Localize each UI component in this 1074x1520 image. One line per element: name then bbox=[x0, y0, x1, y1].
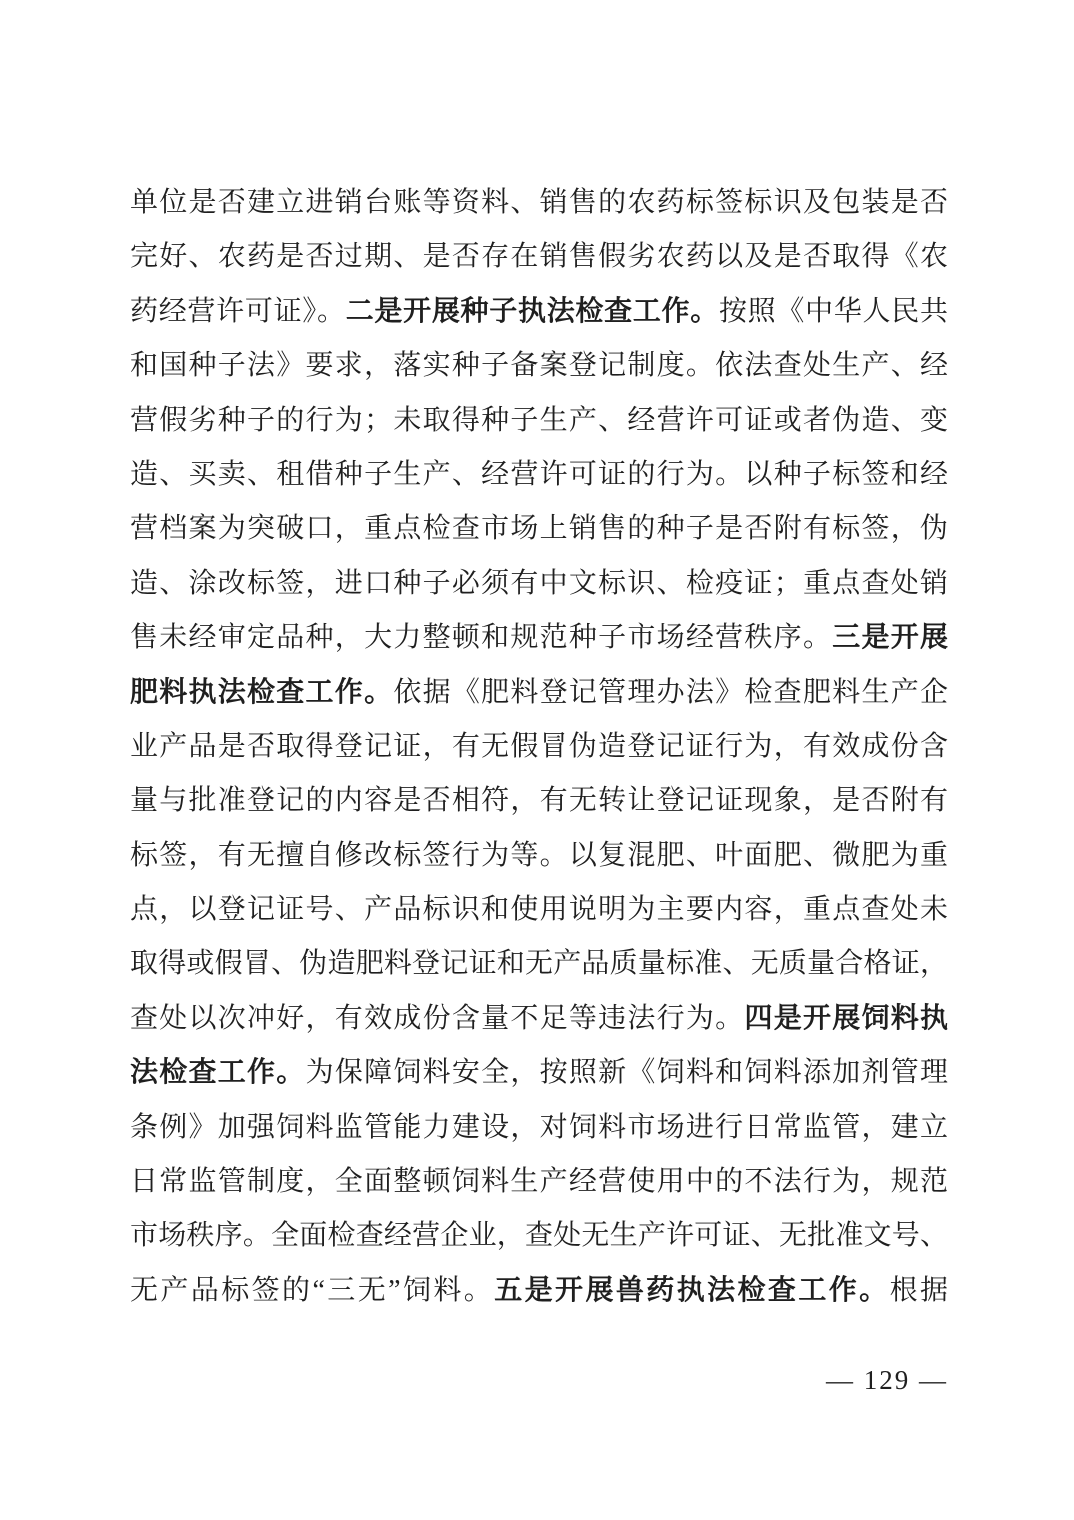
text-line: 造、涂改标签，进口种子必须有中文标识、检疫证；重点查处销 bbox=[130, 557, 948, 611]
text-segment: 无产品标签的“三无”饲料。 bbox=[130, 1275, 494, 1306]
text-segment: 按照《中华人民共 bbox=[719, 296, 948, 327]
text-line: 肥料执法检查工作。依据《肥料登记管理办法》检查肥料生产企 bbox=[130, 666, 948, 720]
text-segment: 市场秩序。全面检查经营企业，查处无生产许可证、无批准文号、 bbox=[130, 1220, 948, 1251]
text-segment: 取得或假冒、伪造肥料登记证和无产品质量标准、无质量合格证， bbox=[130, 948, 948, 979]
text-line: 量与批准登记的内容是否相符，有无转让登记证现象，是否附有 bbox=[130, 774, 948, 828]
text-line: 无产品标签的“三无”饲料。五是开展兽药执法检查工作。根据 bbox=[130, 1264, 948, 1318]
text-segment: 查处以次冲好，有效成份含量不足等违法行为。 bbox=[130, 1003, 744, 1034]
text-segment: 条例》加强饲料监管能力建设，对饲料市场进行日常监管，建立 bbox=[130, 1112, 948, 1143]
text-line: 营档案为突破口，重点检查市场上销售的种子是否附有标签，伪 bbox=[130, 502, 948, 556]
text-line: 点，以登记证号、产品标识和使用说明为主要内容，重点查处未 bbox=[130, 883, 948, 937]
text-line: 和国种子法》要求，落实种子备案登记制度。依法查处生产、经 bbox=[130, 339, 948, 393]
text-line: 法检查工作。为保障饲料安全，按照新《饲料和饲料添加剂管理 bbox=[130, 1046, 948, 1100]
text-segment: 单位是否建立进销台账等资料、销售的农药标签标识及包装是否 bbox=[130, 187, 948, 218]
text-segment: 依据《肥料登记管理办法》检查肥料生产企 bbox=[393, 677, 948, 708]
bold-heading-segment: 四是开展饲料执 bbox=[744, 1003, 948, 1034]
bold-heading-segment: 肥料执法检查工作。 bbox=[130, 677, 393, 708]
text-line: 药经营许可证》。二是开展种子执法检查工作。按照《中华人民共 bbox=[130, 285, 948, 339]
text-line: 取得或假冒、伪造肥料登记证和无产品质量标准、无质量合格证， bbox=[130, 937, 948, 991]
bold-heading-segment: 二是开展种子执法检查工作。 bbox=[346, 296, 719, 327]
text-line: 业产品是否取得登记证，有无假冒伪造登记证行为，有效成份含 bbox=[130, 720, 948, 774]
text-line: 条例》加强饲料监管能力建设，对饲料市场进行日常监管，建立 bbox=[130, 1101, 948, 1155]
text-line: 标签，有无擅自修改标签行为等。以复混肥、叶面肥、微肥为重 bbox=[130, 829, 948, 883]
text-segment: 为保障饲料安全，按照新《饲料和饲料添加剂管理 bbox=[306, 1057, 948, 1088]
document-page: 单位是否建立进销台账等资料、销售的农药标签标识及包装是否完好、农药是否过期、是否… bbox=[0, 0, 1074, 1520]
text-segment: 标签，有无擅自修改标签行为等。以复混肥、叶面肥、微肥为重 bbox=[130, 840, 948, 871]
text-segment: 量与批准登记的内容是否相符，有无转让登记证现象，是否附有 bbox=[130, 785, 948, 816]
text-line: 日常监管制度，全面整顿饲料生产经营使用中的不法行为，规范 bbox=[130, 1155, 948, 1209]
text-line: 查处以次冲好，有效成份含量不足等违法行为。四是开展饲料执 bbox=[130, 992, 948, 1046]
page-body-text: 单位是否建立进销台账等资料、销售的农药标签标识及包装是否完好、农药是否过期、是否… bbox=[130, 176, 948, 1318]
text-segment: 营假劣种子的行为；未取得种子生产、经营许可证或者伪造、变 bbox=[130, 405, 948, 436]
text-segment: 售未经审定品种，大力整顿和规范种子市场经营秩序。 bbox=[130, 622, 832, 653]
page-number: — 129 — bbox=[826, 1360, 948, 1400]
text-segment: 和国种子法》要求，落实种子备案登记制度。依法查处生产、经 bbox=[130, 350, 948, 381]
text-segment: 造、涂改标签，进口种子必须有中文标识、检疫证；重点查处销 bbox=[130, 568, 948, 599]
text-segment: 完好、农药是否过期、是否存在销售假劣农药以及是否取得《农 bbox=[130, 241, 948, 272]
text-segment: 造、买卖、租借种子生产、经营许可证的行为。以种子标签和经 bbox=[130, 459, 948, 490]
text-line: 市场秩序。全面检查经营企业，查处无生产许可证、无批准文号、 bbox=[130, 1209, 948, 1263]
bold-heading-segment: 三是开展 bbox=[832, 622, 948, 653]
text-segment: 营档案为突破口，重点检查市场上销售的种子是否附有标签，伪 bbox=[130, 513, 948, 544]
text-line: 单位是否建立进销台账等资料、销售的农药标签标识及包装是否 bbox=[130, 176, 948, 230]
text-line: 售未经审定品种，大力整顿和规范种子市场经营秩序。三是开展 bbox=[130, 611, 948, 665]
bold-heading-segment: 法检查工作。 bbox=[130, 1057, 306, 1088]
bold-heading-segment: 五是开展兽药执法检查工作。 bbox=[494, 1275, 889, 1306]
text-line: 完好、农药是否过期、是否存在销售假劣农药以及是否取得《农 bbox=[130, 230, 948, 284]
text-segment: 药经营许可证》。 bbox=[130, 296, 346, 327]
text-segment: 业产品是否取得登记证，有无假冒伪造登记证行为，有效成份含 bbox=[130, 731, 948, 762]
text-segment: 根据 bbox=[890, 1275, 948, 1306]
text-line: 造、买卖、租借种子生产、经营许可证的行为。以种子标签和经 bbox=[130, 448, 948, 502]
text-segment: 点，以登记证号、产品标识和使用说明为主要内容，重点查处未 bbox=[130, 894, 948, 925]
text-line: 营假劣种子的行为；未取得种子生产、经营许可证或者伪造、变 bbox=[130, 394, 948, 448]
text-segment: 日常监管制度，全面整顿饲料生产经营使用中的不法行为，规范 bbox=[130, 1166, 948, 1197]
